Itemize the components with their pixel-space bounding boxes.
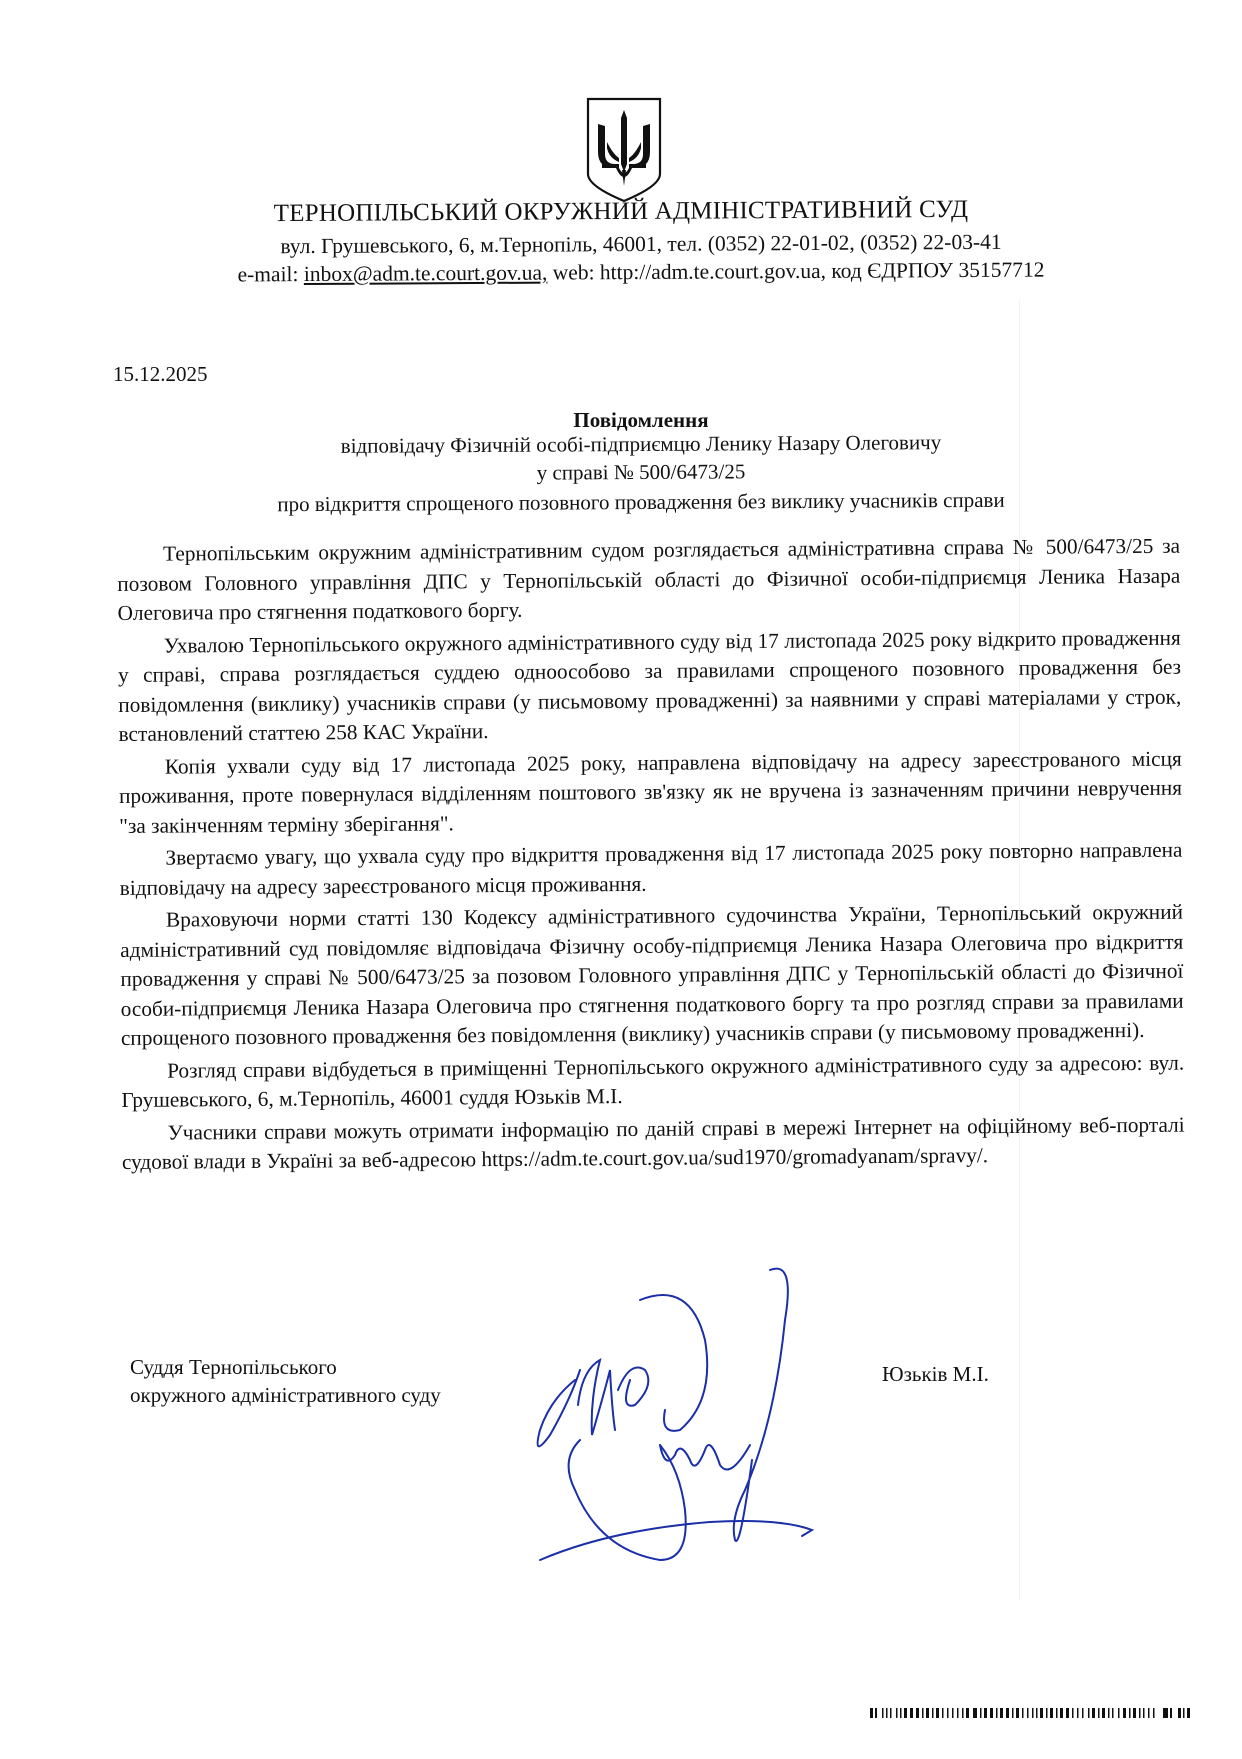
judge-position-line2: окружного адміністративного суду [130, 1381, 441, 1409]
document-page: ТЕРНОПІЛЬСЬКИЙ ОКРУЖНИЙ АДМІНІСТРАТИВНИЙ… [0, 0, 1242, 1759]
body-paragraph: Копія ухвали суду від 17 листопада 2025 … [119, 744, 1183, 841]
document-date: 15.12.2025 [113, 362, 208, 387]
judge-position-line1: Суддя Тернопільського [130, 1353, 441, 1381]
notice-body: Тернопільським окружним адміністративним… [117, 532, 1185, 1181]
court-contacts: e-mail: inbox@adm.te.court.gov.ua, web: … [20, 256, 1242, 289]
subject-line: про відкриття спрощеного позовного прова… [20, 486, 1242, 519]
body-paragraph: Тернопільським окружним адміністративним… [117, 532, 1181, 629]
handwritten-signature-icon [520, 1260, 880, 1580]
court-name: ТЕРНОПІЛЬСЬКИЙ ОКРУЖНИЙ АДМІНІСТРАТИВНИЙ… [0, 194, 1242, 230]
judge-name: Юзьків М.І. [882, 1362, 989, 1387]
body-paragraph: Учасники справи можуть отримати інформац… [122, 1110, 1185, 1177]
judge-position: Суддя Тернопільського окружного адмініст… [130, 1353, 441, 1409]
body-paragraph: Розгляд справи відбудеться в приміщенні … [121, 1048, 1184, 1115]
email-link[interactable]: inbox@adm.te.court.gov.ua, [304, 261, 548, 286]
email-label: e-mail: [237, 262, 303, 286]
body-paragraph: Звертаємо увагу, що ухвала суду про відк… [119, 836, 1182, 903]
court-address: вул. Грушевського, 6, м.Тернопіль, 46001… [20, 228, 1242, 261]
body-paragraph: Ухвалою Тернопільського окружного адміні… [118, 623, 1182, 749]
ukraine-coat-of-arms-icon [585, 96, 663, 204]
recipient-line: відповідачу Фізичній особі-підприємцю Ле… [20, 428, 1242, 461]
barcode-icon [870, 1706, 1195, 1720]
body-paragraph: Враховуючи норми статті 130 Кодексу адмі… [120, 898, 1184, 1054]
case-number-line: у справі № 500/6473/25 [20, 456, 1242, 489]
web-and-code: web: http://adm.te.court.gov.ua, код ЄДР… [547, 258, 1044, 285]
